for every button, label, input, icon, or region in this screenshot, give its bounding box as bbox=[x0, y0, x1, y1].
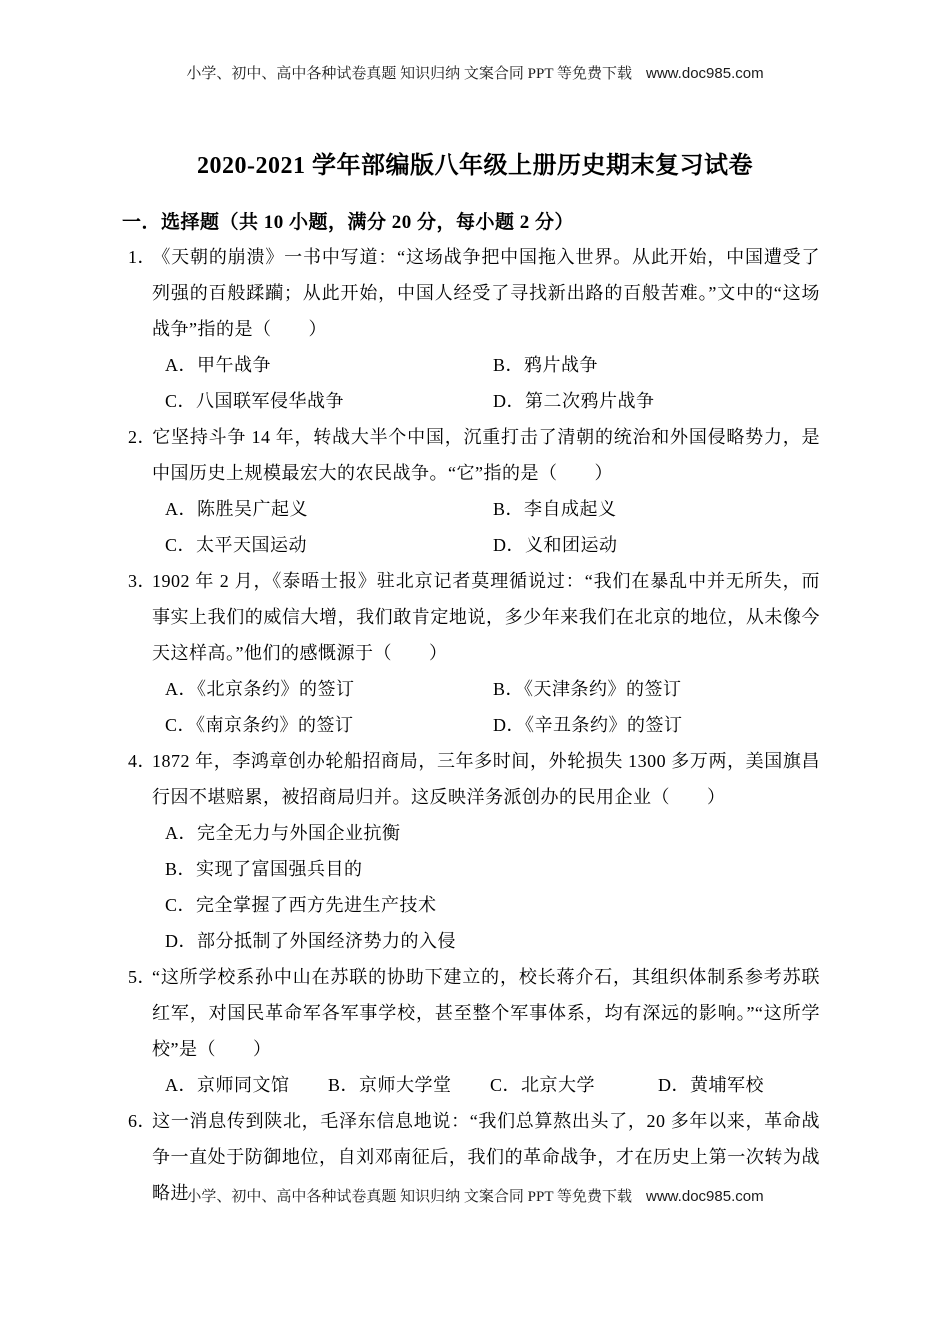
section-heading: 一．选择题（共 10 小题，满分 20 分，每小题 2 分） bbox=[122, 209, 574, 237]
question-2-text: 2．它坚持斗争 14 年，转战大半个中国，沉重打击了清朝的统治和外国侵略势力，是… bbox=[128, 419, 820, 491]
question-1-options-row-1: A．甲午战争 B．鸦片战争 bbox=[128, 347, 820, 383]
question-2-body: 它坚持斗争 14 年，转战大半个中国，沉重打击了清朝的统治和外国侵略势力，是中国… bbox=[152, 427, 820, 483]
question-1-body: 《天朝的崩溃》一书中写道：“这场战争把中国拖入世界。从此开始，中国遭受了列强的百… bbox=[152, 247, 820, 339]
footer-site-url: www.doc985.com bbox=[646, 1188, 764, 1205]
question-1-options-row-2: C．八国联军侵华战争 D．第二次鸦片战争 bbox=[128, 383, 820, 419]
question-2-option-b: B．李自成起义 bbox=[493, 491, 617, 527]
question-4-number: 4． bbox=[128, 743, 152, 779]
option-text: 黄埔军校 bbox=[690, 1075, 764, 1095]
question-1-option-c: C．八国联军侵华战争 bbox=[165, 391, 344, 411]
option-label: D． bbox=[658, 1075, 690, 1095]
question-2-number: 2． bbox=[128, 419, 152, 455]
option-text: 义和团运动 bbox=[525, 535, 618, 555]
question-3-option-a: A．《北京条约》的签订 bbox=[165, 679, 355, 699]
question-5: 5．“这所学校系孙中山在苏联的协助下建立的，校长蒋介石，其组织体制系参考苏联红军… bbox=[128, 959, 820, 1103]
option-text: 北京大学 bbox=[521, 1075, 595, 1095]
document-page: 小学、初中、高中各种试卷真题 知识归纳 文案合同 PPT 等免费下载www.do… bbox=[0, 0, 950, 1344]
page-header-watermark: 小学、初中、高中各种试卷真题 知识归纳 文案合同 PPT 等免费下载www.do… bbox=[0, 62, 950, 86]
option-label: B． bbox=[493, 499, 524, 519]
question-5-body: “这所学校系孙中山在苏联的协助下建立的，校长蒋介石，其组织体制系参考苏联红军，对… bbox=[152, 967, 820, 1059]
question-2-options-row-1: A．陈胜吴广起义 B．李自成起义 bbox=[128, 491, 820, 527]
footer-text: 小学、初中、高中各种试卷真题 知识归纳 文案合同 PPT 等免费下载 bbox=[186, 1189, 632, 1205]
option-text: 八国联军侵华战争 bbox=[196, 391, 344, 411]
question-3: 3．1902 年 2 月，《泰晤士报》驻北京记者莫理循说过：“我们在暴乱中并无所… bbox=[128, 563, 820, 743]
question-5-option-c: C．北京大学 bbox=[490, 1067, 595, 1103]
question-5-text: 5．“这所学校系孙中山在苏联的协助下建立的，校长蒋介石，其组织体制系参考苏联红军… bbox=[128, 959, 820, 1067]
option-text: 第二次鸦片战争 bbox=[525, 391, 655, 411]
question-5-option-a: A．京师同文馆 bbox=[165, 1075, 290, 1095]
question-3-number: 3． bbox=[128, 563, 152, 599]
option-text: 太平天国运动 bbox=[196, 535, 307, 555]
question-1: 1．《天朝的崩溃》一书中写道：“这场战争把中国拖入世界。从此开始，中国遭受了列强… bbox=[128, 239, 820, 419]
header-text: 小学、初中、高中各种试卷真题 知识归纳 文案合同 PPT 等免费下载 bbox=[186, 66, 632, 82]
question-5-option-b: B．京师大学堂 bbox=[328, 1067, 452, 1103]
option-text: 京师大学堂 bbox=[359, 1075, 452, 1095]
option-label: B． bbox=[165, 859, 196, 879]
header-site-url: www.doc985.com bbox=[646, 65, 764, 82]
option-label: C． bbox=[165, 391, 196, 411]
option-label: A． bbox=[165, 823, 197, 843]
option-label: B． bbox=[493, 679, 524, 699]
question-1-option-a: A．甲午战争 bbox=[165, 355, 271, 375]
question-3-options-row-1: A．《北京条约》的签订 B．《天津条约》的签订 bbox=[128, 671, 820, 707]
option-label: C． bbox=[165, 535, 196, 555]
question-2: 2．它坚持斗争 14 年，转战大半个中国，沉重打击了清朝的统治和外国侵略势力，是… bbox=[128, 419, 820, 563]
option-text: 《北京条约》的签订 bbox=[197, 679, 355, 699]
page-footer-watermark: 小学、初中、高中各种试卷真题 知识归纳 文案合同 PPT 等免费下载www.do… bbox=[0, 1185, 950, 1209]
question-4-option-c: C．完全掌握了西方先进生产技术 bbox=[128, 887, 820, 923]
question-6-number: 6． bbox=[128, 1103, 152, 1139]
question-2-option-c: C．太平天国运动 bbox=[165, 535, 307, 555]
option-text: 《辛丑条约》的签订 bbox=[525, 715, 683, 735]
question-2-option-d: D．义和团运动 bbox=[493, 527, 618, 563]
option-text: 完全掌握了西方先进生产技术 bbox=[196, 895, 437, 915]
question-3-option-b: B．《天津条约》的签订 bbox=[493, 671, 682, 707]
option-text: 京师同文馆 bbox=[197, 1075, 290, 1095]
question-4-option-b: B．实现了富国强兵目的 bbox=[128, 851, 820, 887]
option-label: C． bbox=[165, 715, 196, 735]
option-label: A． bbox=[165, 355, 197, 375]
question-4-text: 4．1872 年，李鸿章创办轮船招商局，三年多时间，外轮损失 1300 多万两，… bbox=[128, 743, 820, 815]
option-label: D． bbox=[493, 535, 525, 555]
question-3-body: 1902 年 2 月，《泰晤士报》驻北京记者莫理循说过：“我们在暴乱中并无所失，… bbox=[152, 571, 820, 663]
question-5-option-d: D．黄埔军校 bbox=[658, 1067, 764, 1103]
question-2-option-a: A．陈胜吴广起义 bbox=[165, 499, 308, 519]
option-label: B． bbox=[328, 1075, 359, 1095]
option-text: 《天津条约》的签订 bbox=[524, 679, 682, 699]
option-label: C． bbox=[165, 895, 196, 915]
option-label: C． bbox=[490, 1075, 521, 1095]
question-4-option-d: D．部分抵制了外国经济势力的入侵 bbox=[128, 923, 820, 959]
option-label: A． bbox=[165, 499, 197, 519]
option-text: 实现了富国强兵目的 bbox=[196, 859, 363, 879]
question-3-options-row-2: C．《南京条约》的签订 D．《辛丑条约》的签订 bbox=[128, 707, 820, 743]
option-text: 李自成起义 bbox=[524, 499, 617, 519]
option-text: 鸦片战争 bbox=[524, 355, 598, 375]
option-label: A． bbox=[165, 679, 197, 699]
option-text: 完全无力与外国企业抗衡 bbox=[197, 823, 401, 843]
questions-area: 1．《天朝的崩溃》一书中写道：“这场战争把中国拖入世界。从此开始，中国遭受了列强… bbox=[128, 239, 820, 1211]
option-text: 《南京条约》的签订 bbox=[196, 715, 354, 735]
question-1-text: 1．《天朝的崩溃》一书中写道：“这场战争把中国拖入世界。从此开始，中国遭受了列强… bbox=[128, 239, 820, 347]
option-label: D． bbox=[493, 715, 525, 735]
question-3-text: 3．1902 年 2 月，《泰晤士报》驻北京记者莫理循说过：“我们在暴乱中并无所… bbox=[128, 563, 820, 671]
question-4-option-a: A．完全无力与外国企业抗衡 bbox=[128, 815, 820, 851]
question-1-option-b: B．鸦片战争 bbox=[493, 347, 598, 383]
option-label: A． bbox=[165, 1075, 197, 1095]
question-3-option-d: D．《辛丑条约》的签订 bbox=[493, 707, 683, 743]
page-title: 2020-2021 学年部编版八年级上册历史期末复习试卷 bbox=[0, 148, 950, 184]
question-1-number: 1． bbox=[128, 239, 152, 275]
option-text: 陈胜吴广起义 bbox=[197, 499, 308, 519]
option-text: 部分抵制了外国经济势力的入侵 bbox=[197, 931, 456, 951]
option-text: 甲午战争 bbox=[197, 355, 271, 375]
option-label: D． bbox=[165, 931, 197, 951]
option-label: B． bbox=[493, 355, 524, 375]
question-1-option-d: D．第二次鸦片战争 bbox=[493, 383, 655, 419]
question-4-body: 1872 年，李鸿章创办轮船招商局，三年多时间，外轮损失 1300 多万两，美国… bbox=[152, 751, 820, 807]
question-3-option-c: C．《南京条约》的签订 bbox=[165, 715, 354, 735]
option-label: D． bbox=[493, 391, 525, 411]
question-2-options-row-2: C．太平天国运动 D．义和团运动 bbox=[128, 527, 820, 563]
question-5-options-row: A．京师同文馆 B．京师大学堂 C．北京大学 D．黄埔军校 bbox=[128, 1067, 820, 1103]
question-4: 4．1872 年，李鸿章创办轮船招商局，三年多时间，外轮损失 1300 多万两，… bbox=[128, 743, 820, 959]
question-5-number: 5． bbox=[128, 959, 152, 995]
